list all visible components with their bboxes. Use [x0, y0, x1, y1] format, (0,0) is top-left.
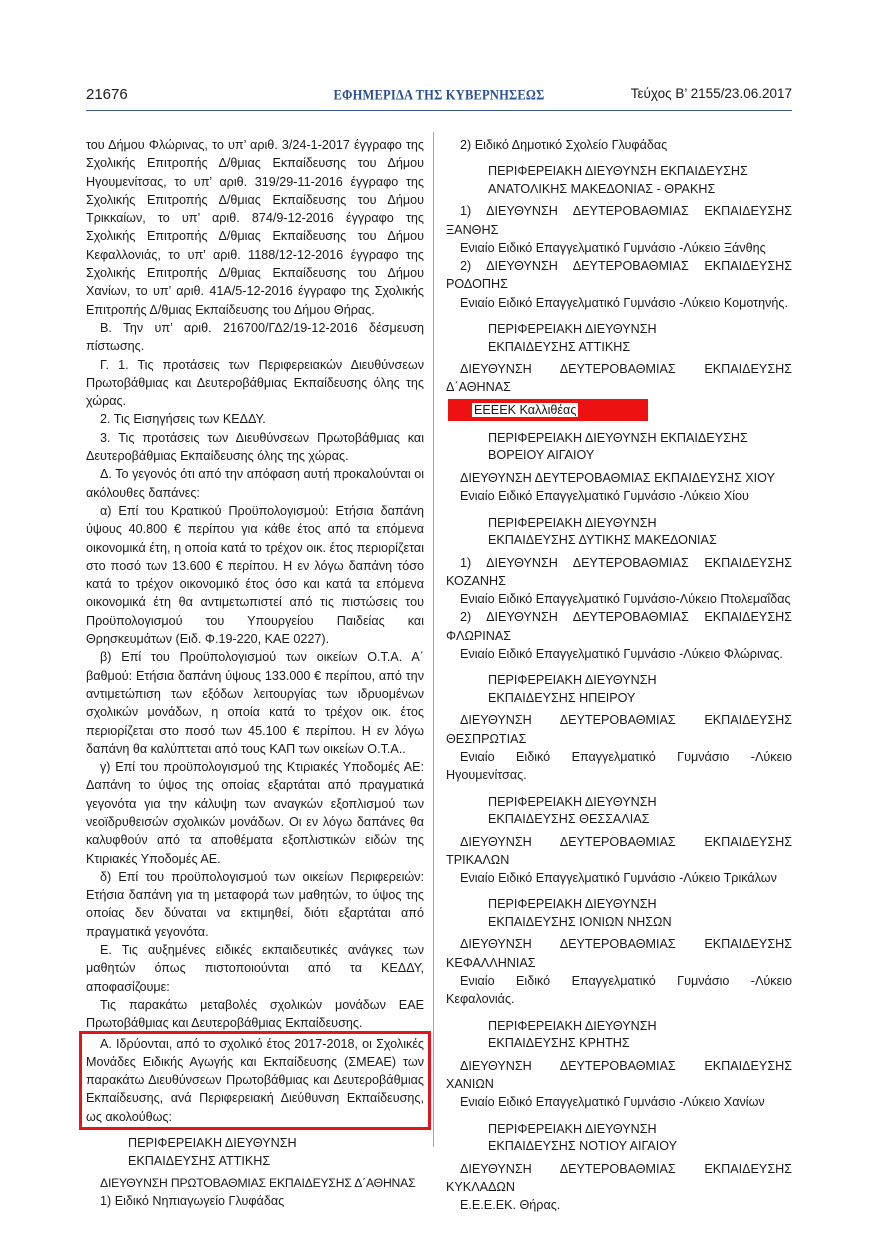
region-heading: ΠΕΡΙΦΕΡΕΙΑΚΗ ΔΙΕΥΘΥΝΣΗΕΚΠΑΙΔΕΥΣΗΣ ΙΟΝΙΩΝ…	[446, 896, 792, 931]
directorate: 1) ΔΙΕΥΘΥΝΣΗ ΔΕΥΤΕΡΟΒΑΘΜΙΑΣ ΕΚΠΑΙΔΕΥΣΗΣ …	[446, 554, 792, 591]
heading-line: ΠΕΡΙΦΕΡΕΙΑΚΗ ΔΙΕΥΘΥΝΣΗ	[488, 896, 792, 914]
heading-line: ΠΕΡΙΦΕΡΕΙΑΚΗ ΔΙΕΥΘΥΝΣΗ	[488, 1018, 792, 1036]
school: Ε.Ε.Ε.ΕΚ. Θήρας.	[446, 1196, 792, 1214]
heading-line: ΕΚΠΑΙΔΕΥΣΗΣ ΑΤΤΙΚΗΣ	[488, 339, 792, 357]
school: Ενιαίο Ειδικό Επαγγελματικό Γυμνάσιο -Λύ…	[446, 294, 792, 312]
highlight-box: Α. Ιδρύονται, από το σχολικό έτος 2017-2…	[83, 1035, 427, 1126]
region-heading: ΠΕΡΙΦΕΡΕΙΑΚΗ ΔΙΕΥΘΥΝΣΗ ΕΚΠΑΙΔΕΥΣΗΣΒΟΡΕΙΟ…	[446, 430, 792, 465]
directorate: 1) ΔΙΕΥΘΥΝΣΗ ΔΕΥΤΕΡΟΒΑΘΜΙΑΣ ΕΚΠΑΙΔΕΥΣΗΣ …	[446, 202, 792, 239]
heading-line: ΒΟΡΕΙΟΥ ΑΙΓΑΙΟΥ	[488, 447, 792, 465]
heading-line: ΠΕΡΙΦΕΡΕΙΑΚΗ ΔΙΕΥΘΥΝΣΗ	[488, 515, 792, 533]
heading-line: ΕΚΠΑΙΔΕΥΣΗΣ ΘΕΣΣΑΛΙΑΣ	[488, 811, 792, 829]
school: Ενιαίο Ειδικό Επαγγελματικό Γυμνάσιο -Λύ…	[446, 239, 792, 257]
school: 1) Ειδικό Νηπιαγωγείο Γλυφάδας	[86, 1192, 424, 1210]
region-heading: ΠΕΡΙΦΕΡΕΙΑΚΗ ΔΙΕΥΘΥΝΣΗΕΚΠΑΙΔΕΥΣΗΣ ΔΥΤΙΚΗ…	[446, 515, 792, 550]
paragraph: 2. Τις Εισηγήσεις των ΚΕΔΔΥ.	[86, 410, 424, 428]
heading-line: ΠΕΡΙΦΕΡΕΙΑΚΗ ΔΙΕΥΘΥΝΣΗ	[488, 794, 792, 812]
school: Ενιαίο Ειδικό Επαγγελματικό Γυμνάσιο -Λύ…	[446, 869, 792, 887]
region-heading: ΠΕΡΙΦΕΡΕΙΑΚΗ ΔΙΕΥΘΥΝΣΗ ΕΚΠΑΙΔΕΥΣΗΣ ΑΤΤΙΚ…	[86, 1135, 424, 1170]
left-column: του Δήμου Φλώρινας, το υπ’ αριθ. 3/24-1-…	[86, 136, 424, 1211]
directorate: 2) ΔΙΕΥΘΥΝΣΗ ΔΕΥΤΕΡΟΒΑΘΜΙΑΣ ΕΚΠΑΙΔΕΥΣΗΣ …	[446, 608, 792, 645]
heading-line: ΕΚΠΑΙΔΕΥΣΗΣ ΑΤΤΙΚΗΣ	[128, 1153, 424, 1171]
highlighted-entry: ΕΕΕΕΚ Καλλιθέας	[472, 403, 578, 417]
directorate: ΔΙΕΥΘΥΝΣΗ ΔΕΥΤΕΡΟΒΑΘΜΙΑΣ ΕΚΠΑΙΔΕΥΣΗΣ ΚΕΦ…	[446, 935, 792, 972]
heading-line: ΕΚΠΑΙΔΕΥΣΗΣ ΗΠΕΙΡΟΥ	[488, 690, 792, 708]
region-heading: ΠΕΡΙΦΕΡΕΙΑΚΗ ΔΙΕΥΘΥΝΣΗ ΕΚΠΑΙΔΕΥΣΗΣΑΝΑΤΟΛ…	[446, 163, 792, 198]
directorate: ΔΙΕΥΘΥΝΣΗ ΔΕΥΤΕΡΟΒΑΘΜΙΑΣ ΕΚΠΑΙΔΕΥΣΗΣ Δ΄Α…	[446, 360, 792, 397]
school: Ενιαίο Ειδικό Επαγγελματικό Γυμνάσιο -Λύ…	[446, 645, 792, 663]
paragraph: Δ. Το γεγονός ότι από την απόφαση αυτή π…	[86, 465, 424, 502]
region-heading: ΠΕΡΙΦΕΡΕΙΑΚΗ ΔΙΕΥΘΥΝΣΗΕΚΠΑΙΔΕΥΣΗΣ ΑΤΤΙΚΗ…	[446, 321, 792, 356]
page-header: 21676 ΕΦΗΜΕΡΙΔΑ ΤΗΣ ΚΥΒΕΡΝΗΣΕΩΣ Τεύχος Β…	[86, 86, 792, 110]
heading-line: ΕΚΠΑΙΔΕΥΣΗΣ ΔΥΤΙΚΗΣ ΜΑΚΕΔΟΝΙΑΣ	[488, 532, 792, 550]
highlight-box: ΕΕΕΕΚ Καλλιθέας	[448, 399, 648, 421]
region-heading: ΠΕΡΙΦΕΡΕΙΑΚΗ ΔΙΕΥΘΥΝΣΗΕΚΠΑΙΔΕΥΣΗΣ ΝΟΤΙΟΥ…	[446, 1121, 792, 1156]
directorate: 2) ΔΙΕΥΘΥΝΣΗ ΔΕΥΤΕΡΟΒΑΘΜΙΑΣ ΕΚΠΑΙΔΕΥΣΗΣ …	[446, 257, 792, 294]
heading-line: ΕΚΠΑΙΔΕΥΣΗΣ ΝΟΤΙΟΥ ΑΙΓΑΙΟΥ	[488, 1138, 792, 1156]
heading-line: ΠΕΡΙΦΕΡΕΙΑΚΗ ΔΙΕΥΘΥΝΣΗ	[488, 672, 792, 690]
paragraph: Γ. 1. Τις προτάσεις των Περιφερειακών Δι…	[86, 356, 424, 411]
heading-line: ΠΕΡΙΦΕΡΕΙΑΚΗ ΔΙΕΥΘΥΝΣΗ	[488, 321, 792, 339]
paragraph: β) Επί του Προϋπολογισμού των οικείων Ο.…	[86, 648, 424, 758]
paragraph: γ) Επί του προϋπολογισμού της Κτιριακές …	[86, 758, 424, 868]
school: Ενιαίο Ειδικό Επαγγελματικό Γυμνάσιο -Λύ…	[446, 748, 792, 785]
paragraph: 3. Τις προτάσεις των Διευθύνσεων Πρωτοβά…	[86, 429, 424, 466]
school: Ενιαίο Ειδικό Επαγγελματικό Γυμνάσιο -Λύ…	[446, 972, 792, 1009]
paragraph: Ε. Τις αυξημένες ειδικές εκπαιδευτικές α…	[86, 941, 424, 996]
region-heading: ΠΕΡΙΦΕΡΕΙΑΚΗ ΔΙΕΥΘΥΝΣΗΕΚΠΑΙΔΕΥΣΗΣ ΘΕΣΣΑΛ…	[446, 794, 792, 829]
directorate: ΔΙΕΥΘΥΝΣΗ ΠΡΩΤΟΒΑΘΜΙΑΣ ΕΚΠΑΙΔΕΥΣΗΣ Δ΄ΑΘΗ…	[86, 1174, 424, 1192]
heading-line: ΑΝΑΤΟΛΙΚΗΣ ΜΑΚΕΔΟΝΙΑΣ - ΘΡΑΚΗΣ	[488, 181, 792, 199]
paragraph: Τις παρακάτω μεταβολές σχολικών μονάδων …	[86, 996, 424, 1033]
paragraph: του Δήμου Φλώρινας, το υπ’ αριθ. 3/24-1-…	[86, 136, 424, 319]
heading-line: ΠΕΡΙΦΕΡΕΙΑΚΗ ΔΙΕΥΘΥΝΣΗ	[488, 1121, 792, 1139]
region-heading: ΠΕΡΙΦΕΡΕΙΑΚΗ ΔΙΕΥΘΥΝΣΗΕΚΠΑΙΔΕΥΣΗΣ ΗΠΕΙΡΟ…	[446, 672, 792, 707]
right-column: 2) Ειδικό Δημοτικό Σχολείο Γλυφάδας ΠΕΡΙ…	[446, 136, 792, 1214]
header-rule	[86, 110, 792, 111]
highlighted-paragraph: Α. Ιδρύονται, από το σχολικό έτος 2017-2…	[86, 1035, 424, 1126]
paragraph: α) Επί του Κρατικού Προϋπολογισμού: Ετήσ…	[86, 502, 424, 648]
school: 2) Ειδικό Δημοτικό Σχολείο Γλυφάδας	[446, 136, 792, 154]
directorate: ΔΙΕΥΘΥΝΣΗ ΔΕΥΤΕΡΟΒΑΘΜΙΑΣ ΕΚΠΑΙΔΕΥΣΗΣ ΧΙΟ…	[446, 469, 792, 487]
heading-line: ΠΕΡΙΦΕΡΕΙΑΚΗ ΔΙΕΥΘΥΝΣΗ	[128, 1135, 424, 1153]
heading-line: ΠΕΡΙΦΕΡΕΙΑΚΗ ΔΙΕΥΘΥΝΣΗ ΕΚΠΑΙΔΕΥΣΗΣ	[488, 430, 792, 448]
school: Ενιαίο Ειδικό Επαγγελματικό Γυμνάσιο-Λύκ…	[446, 590, 792, 608]
paragraph: Β. Την υπ’ αριθ. 216700/ΓΔ2/19-12-2016 δ…	[86, 319, 424, 356]
heading-line: ΕΚΠΑΙΔΕΥΣΗΣ ΚΡΗΤΗΣ	[488, 1035, 792, 1053]
directorate: ΔΙΕΥΘΥΝΣΗ ΔΕΥΤΕΡΟΒΑΘΜΙΑΣ ΕΚΠΑΙΔΕΥΣΗΣ ΤΡΙ…	[446, 833, 792, 870]
directorate: ΔΙΕΥΘΥΝΣΗ ΔΕΥΤΕΡΟΒΑΘΜΙΑΣ ΕΚΠΑΙΔΕΥΣΗΣ ΧΑΝ…	[446, 1057, 792, 1094]
heading-line: ΠΕΡΙΦΕΡΕΙΑΚΗ ΔΙΕΥΘΥΝΣΗ ΕΚΠΑΙΔΕΥΣΗΣ	[488, 163, 792, 181]
region-heading: ΠΕΡΙΦΕΡΕΙΑΚΗ ΔΙΕΥΘΥΝΣΗΕΚΠΑΙΔΕΥΣΗΣ ΚΡΗΤΗΣ	[446, 1018, 792, 1053]
column-divider	[433, 132, 434, 1147]
heading-line: ΕΚΠΑΙΔΕΥΣΗΣ ΙΟΝΙΩΝ ΝΗΣΩΝ	[488, 914, 792, 932]
school: Ενιαίο Ειδικό Επαγγελματικό Γυμνάσιο -Λύ…	[446, 487, 792, 505]
directorate: ΔΙΕΥΘΥΝΣΗ ΔΕΥΤΕΡΟΒΑΘΜΙΑΣ ΕΚΠΑΙΔΕΥΣΗΣ ΘΕΣ…	[446, 711, 792, 748]
paragraph: δ) Επί του προϋπολογισμού των οικείων Πε…	[86, 868, 424, 941]
directorate: ΔΙΕΥΘΥΝΣΗ ΔΕΥΤΕΡΟΒΑΘΜΙΑΣ ΕΚΠΑΙΔΕΥΣΗΣ ΚΥΚ…	[446, 1160, 792, 1197]
school: Ενιαίο Ειδικό Επαγγελματικό Γυμνάσιο -Λύ…	[446, 1093, 792, 1111]
issue-number: Τεύχος Β’ 2155/23.06.2017	[631, 86, 792, 101]
